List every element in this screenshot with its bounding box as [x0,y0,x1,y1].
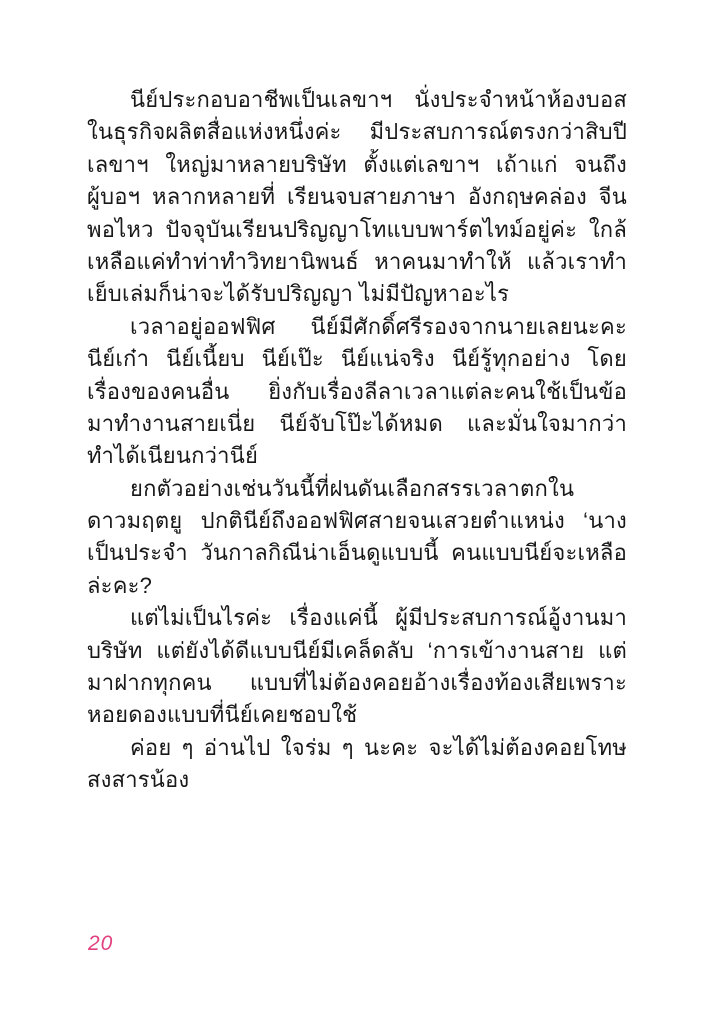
text-line: ดาวมฤตยู ปกตินีย์ถึงออฟฟิศสายจนเสวยตำแหน… [87,505,627,537]
text-line: หอยดองแบบที่นีย์เคยชอบใช้ [87,699,627,731]
text-line: เรื่องของคนอื่น ยิ่งกับเรื่องลีลาเวลาแต่… [87,376,627,408]
text-line: เวลาอยู่ออฟฟิศ นีย์มีศักดิ์ศรีรองจากนายเ… [87,311,627,343]
text-line: มาทำงานสายเนี่ย นีย์จับโป๊ะได้หมด และมั่… [87,408,627,440]
text-line: ทำได้เนียนกว่านีย์ [87,440,627,472]
text-line: นีย์ประกอบอาชีพเป็นเลขาฯ นั่งประจำหน้าห้… [87,84,627,116]
text-line: พอไหว ปัจจุบันเรียนปริญญาโทแบบพาร์ตไทม์อ… [87,214,627,246]
text-line: เย็บเล่มก็น่าจะได้รับปริญญา ไม่มีปัญหาอะ… [87,278,627,310]
text-block: นีย์ประกอบอาชีพเป็นเลขาฯ นั่งประจำหน้าห้… [87,84,627,797]
page-number: 20 [88,932,113,956]
text-line: ค่อย ๆ อ่านไป ใจร่ม ๆ นะคะ จะได้ไม่ต้องค… [87,732,627,764]
text-line: เป็นประจำ วันกาลกิณีน่าเอ็นดูแบบนี้ คนแบ… [87,537,627,569]
text-line: ผู้บอฯ หลากหลายที่ เรียนจบสายภาษา อังกฤษ… [87,181,627,213]
text-line: สงสารน้อง [87,764,627,796]
text-line: ยกตัวอย่างเช่นวันนี้ที่ฝนดันเลือกสรรเวลา… [87,473,627,505]
text-line: ในธุรกิจผลิตสื่อแห่งหนึ่งค่ะ มีประสบการณ… [87,116,627,148]
text-line: นีย์เก๋า นีย์เนี้ยบ นีย์เป๊ะ นีย์แน่จริง… [87,343,627,375]
text-line: มาฝากทุกคน แบบที่ไม่ต้องคอยอ้างเรื่องท้อ… [87,667,627,699]
book-page: นีย์ประกอบอาชีพเป็นเลขาฯ นั่งประจำหน้าห้… [0,0,711,1024]
text-line: บริษัท แต่ยังได้ดีแบบนีย์มีเคล็ดลับ ‘การ… [87,635,627,667]
text-line: เลขาฯ ใหญ่มาหลายบริษัท ตั้งแต่เลขาฯ เถ้า… [87,149,627,181]
text-line: แต่ไม่เป็นไรค่ะ เรื่องแค่นี้ ผู้มีประสบก… [87,602,627,634]
text-line: เหลือแค่ทำท่าทำวิทยานิพนธ์ หาคนมาทำให้ แ… [87,246,627,278]
text-line: ล่ะคะ? [87,570,627,602]
